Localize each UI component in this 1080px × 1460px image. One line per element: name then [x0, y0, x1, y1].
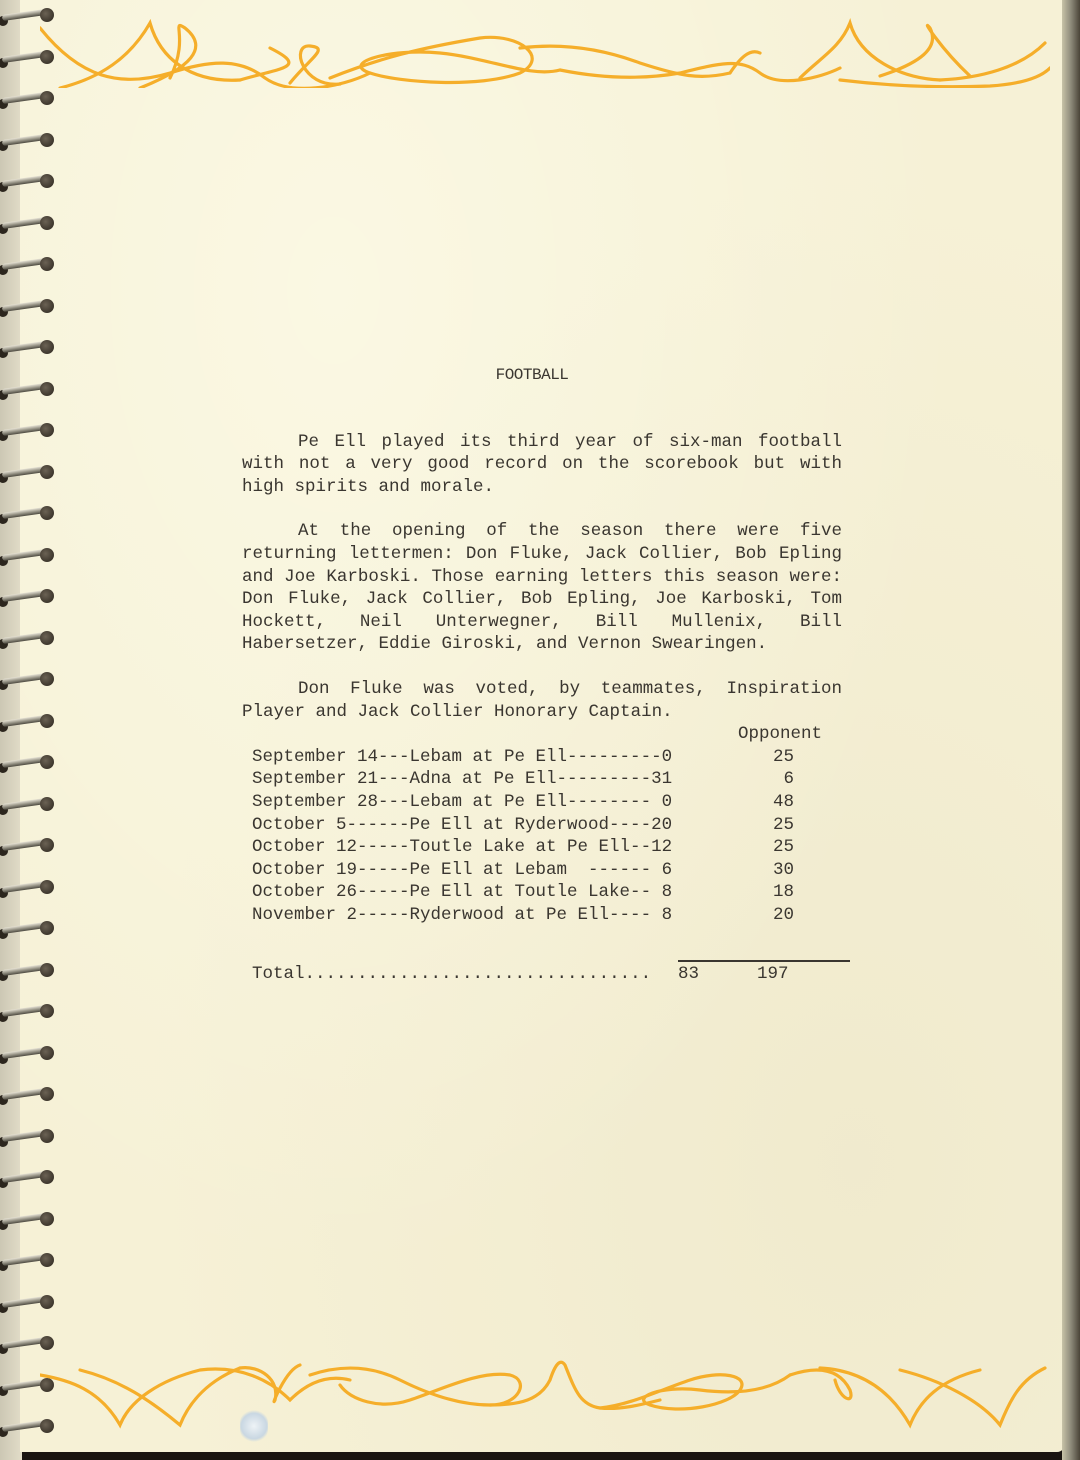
- spiral-ring: [2, 838, 52, 852]
- page-stack-edge: [1062, 0, 1080, 1460]
- game-description: October 26-----Pe Ell at Toutle Lake-- 8: [252, 881, 704, 904]
- spiral-ring: [2, 465, 52, 479]
- total-label: Total.................................: [252, 963, 651, 986]
- game-description: October 12-----Toutle Lake at Pe Ell--12: [252, 836, 704, 859]
- spiral-ring: [2, 1336, 52, 1350]
- schedule-row: September 28---Lebam at Pe Ell-------- 0…: [252, 791, 794, 814]
- total-pe-ell-score: 83: [678, 963, 699, 986]
- game-description: November 2-----Ryderwood at Pe Ell---- 8: [252, 904, 704, 927]
- spiral-ring: [2, 174, 52, 188]
- document-body: FOOTBALL Pe Ell played its third year of…: [242, 364, 842, 993]
- spiral-ring: [2, 1087, 52, 1101]
- opponent-column-header: Opponent: [738, 723, 842, 746]
- spiral-ring: [2, 1046, 52, 1060]
- opponent-score: 25: [704, 814, 794, 837]
- paragraph-awards: Don Fluke was voted, by teammates, Inspi…: [242, 678, 842, 723]
- schedule-row: October 19-----Pe Ell at Lebam ------ 63…: [252, 859, 794, 882]
- spiral-ring: [2, 91, 52, 105]
- spiral-ring: [2, 714, 52, 728]
- opponent-score: 20: [704, 904, 794, 927]
- opponent-score: 30: [704, 859, 794, 882]
- spiral-ring: [2, 1253, 52, 1267]
- game-description: September 14---Lebam at Pe Ell---------0: [252, 746, 704, 769]
- opponent-score: 6: [704, 768, 794, 791]
- opponent-score: 25: [704, 746, 794, 769]
- spiral-ring: [2, 797, 52, 811]
- spiral-ring: [2, 1170, 52, 1184]
- game-description: September 28---Lebam at Pe Ell-------- 0: [252, 791, 704, 814]
- spiral-ring: [2, 382, 52, 396]
- spiral-ring: [2, 1295, 52, 1309]
- spiral-ring: [2, 216, 52, 230]
- top-flourish-border: [40, 18, 1050, 88]
- schedule-row: November 2-----Ryderwood at Pe Ell---- 8…: [252, 904, 794, 927]
- total-row: Total................................. 8…: [252, 963, 842, 993]
- opponent-score: 48: [704, 791, 794, 814]
- schedule-row: September 14---Lebam at Pe Ell---------0…: [252, 746, 794, 769]
- spiral-ring: [2, 1212, 52, 1226]
- schedule-table: September 14---Lebam at Pe Ell---------0…: [252, 746, 794, 927]
- opponent-score: 25: [704, 836, 794, 859]
- game-description: October 19-----Pe Ell at Lebam ------ 6: [252, 859, 704, 882]
- spiral-ring: [2, 921, 52, 935]
- schedule-row: September 21---Adna at Pe Ell---------31…: [252, 768, 794, 791]
- spiral-ring: [2, 1129, 52, 1143]
- spiral-ring: [2, 299, 52, 313]
- spiral-ring: [2, 548, 52, 562]
- spiral-ring: [2, 589, 52, 603]
- spiral-ring: [2, 631, 52, 645]
- spiral-ring: [2, 506, 52, 520]
- game-description: October 5------Pe Ell at Ryderwood----20: [252, 814, 704, 837]
- spiral-ring: [2, 755, 52, 769]
- schedule-row: October 26-----Pe Ell at Toutle Lake-- 8…: [252, 881, 794, 904]
- spiral-ring: [2, 423, 52, 437]
- bottom-flourish-border: [40, 1360, 1050, 1435]
- paragraph-lettermen: At the opening of the season there were …: [242, 520, 842, 656]
- opponent-score: 18: [704, 881, 794, 904]
- game-description: September 21---Adna at Pe Ell---------31: [252, 768, 704, 791]
- spiral-ring: [2, 963, 52, 977]
- total-opponent-score: 197: [757, 963, 789, 986]
- spiral-ring: [2, 133, 52, 147]
- page-title: FOOTBALL: [242, 364, 822, 387]
- schedule-row: October 12-----Toutle Lake at Pe Ell--12…: [252, 836, 794, 859]
- paragraph-intro: Pe Ell played its third year of six-man …: [242, 431, 842, 499]
- spiral-ring: [2, 257, 52, 271]
- spiral-ring: [2, 880, 52, 894]
- spiral-ring: [2, 340, 52, 354]
- spiral-ring: [2, 1004, 52, 1018]
- total-rule-line: [678, 960, 850, 962]
- white-out-smudge: [240, 1410, 268, 1442]
- spiral-ring: [2, 672, 52, 686]
- schedule-row: October 5------Pe Ell at Ryderwood----20…: [252, 814, 794, 837]
